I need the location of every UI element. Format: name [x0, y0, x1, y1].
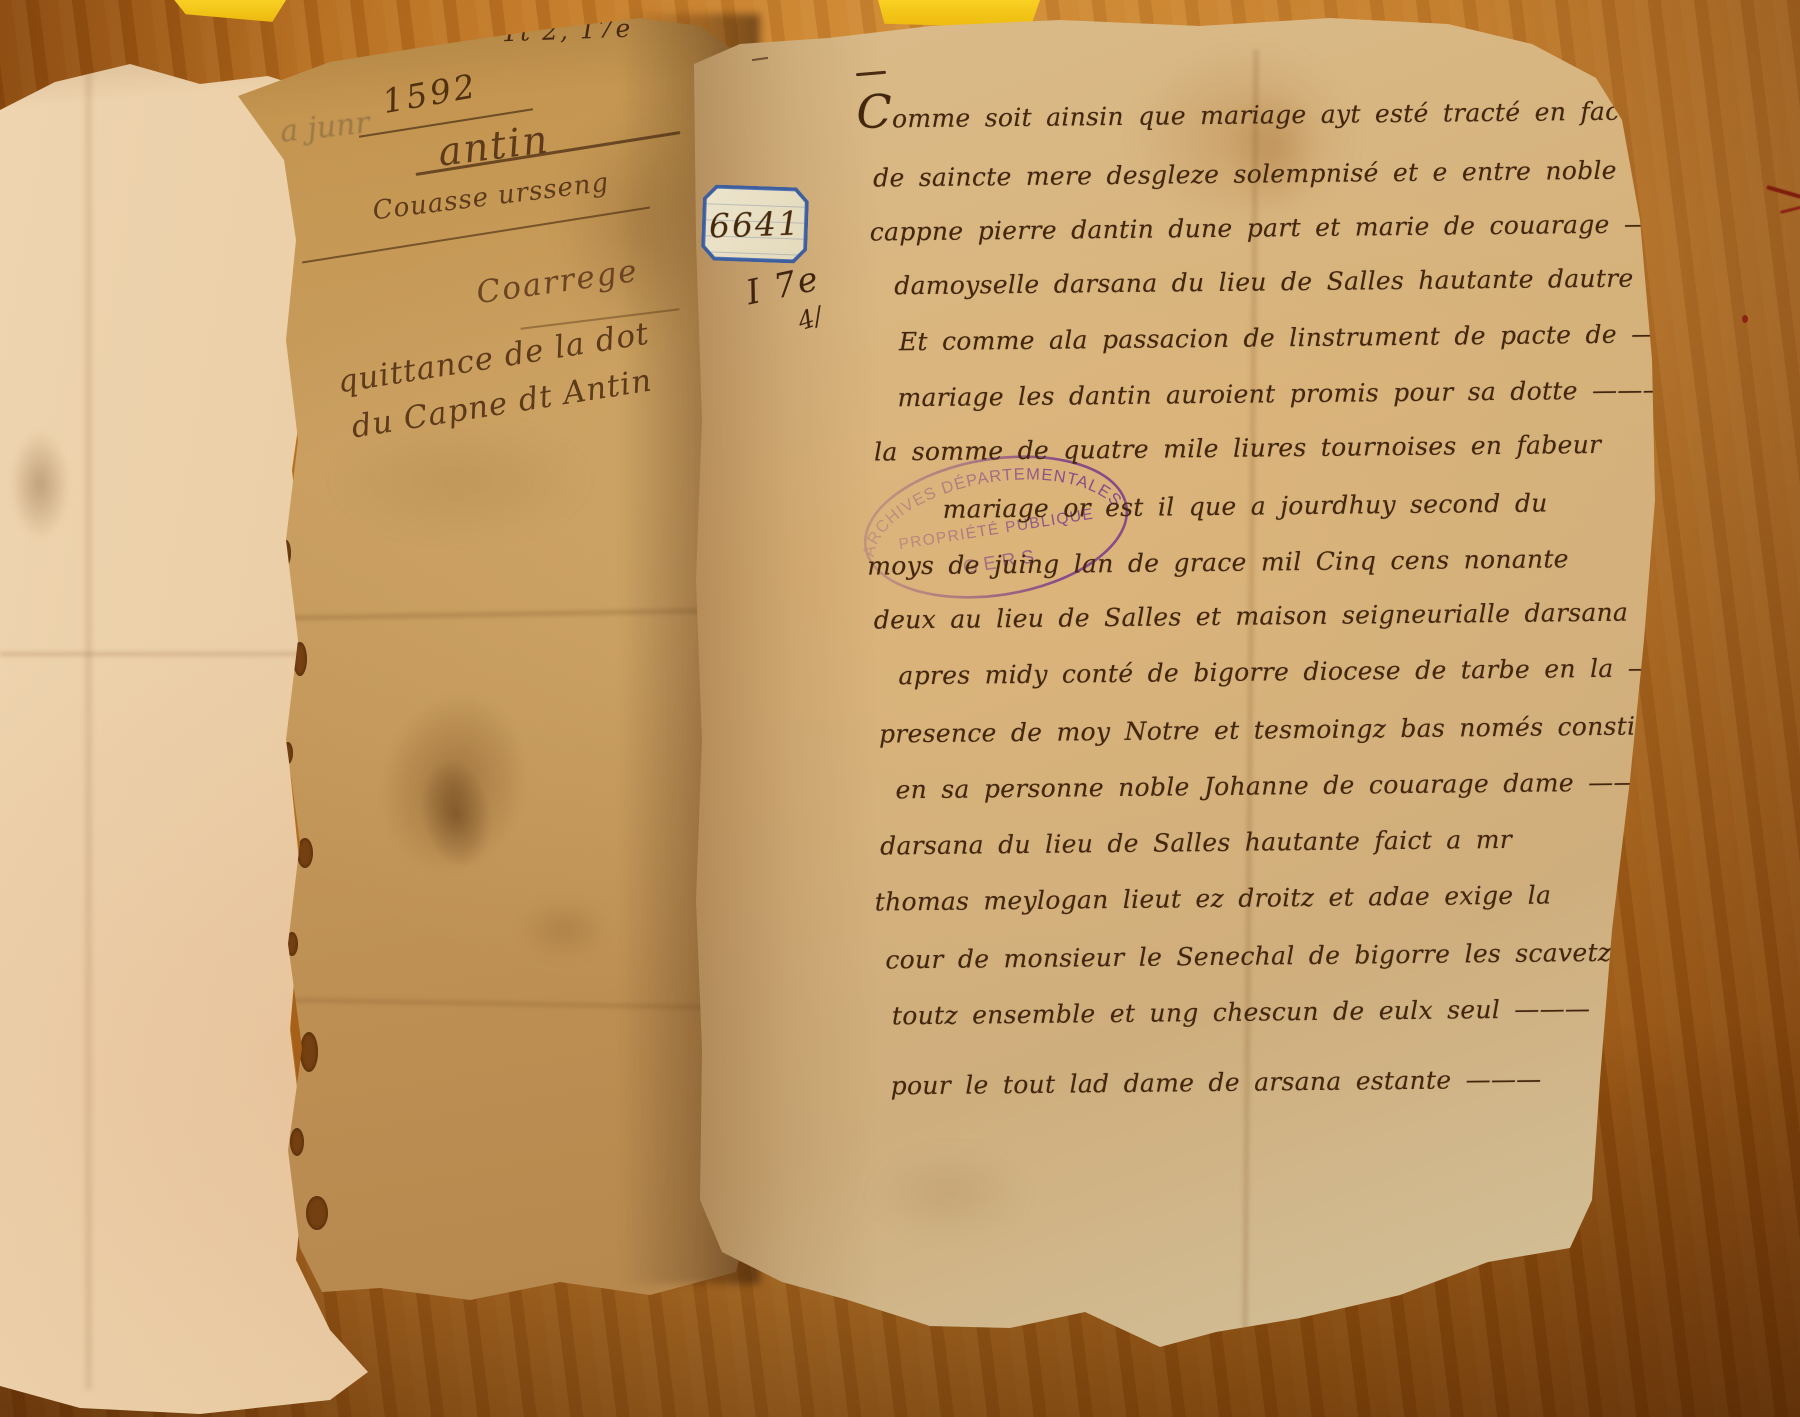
- annotation-year: 1592: [379, 66, 480, 121]
- manuscript-text-block: Comme soit ainsin que mariage ayt esté t…: [846, 92, 1577, 1179]
- annotation-faded: a junr: [278, 105, 371, 149]
- archival-cote-label: 6641: [701, 184, 810, 264]
- manuscript-line: mariage les dantin auroient promis pour …: [897, 375, 1668, 412]
- worm-hole: [306, 1196, 328, 1230]
- manuscript-line: presence de moy Notre et tesmoingz bas n…: [879, 711, 1691, 748]
- manuscript-line: en sa personne noble Johanne de couarage…: [895, 767, 1664, 804]
- manuscript-line: la somme de quatre mile liures tournoise…: [874, 430, 1602, 467]
- manuscript-line: Comme soit ainsin que mariage ayt esté t…: [856, 93, 1724, 134]
- manuscript-line: cappne pierre dantin dune part et marie …: [870, 209, 1700, 247]
- manuscript-line: de saincte mere desgleze solempnisé et e…: [873, 155, 1707, 193]
- cote-label-face: 6641: [704, 187, 806, 260]
- manuscript-line: cour de monsieur le Senechal de bigorre …: [885, 937, 1701, 975]
- worm-hole: [290, 1128, 304, 1156]
- manuscript-line: darsana du lieu de Salles hautante faict…: [880, 825, 1512, 861]
- stain: [10, 430, 70, 540]
- pen-dash: [752, 57, 768, 61]
- manuscript-line: Et comme ala passacion de linstrument de…: [899, 319, 1707, 356]
- red-ink-dot: [1742, 315, 1748, 323]
- worm-hole: [300, 1032, 318, 1072]
- manuscript-line: pour le tout lad dame de arsana estante …: [891, 1065, 1542, 1101]
- manuscript-line: toutz ensemble et ung chescun de eulx se…: [892, 994, 1591, 1030]
- shelf-mark-line2: 4/: [794, 301, 826, 336]
- manuscript-line: deux au lieu de Salles et maison seigneu…: [874, 598, 1629, 635]
- fold-crease: [86, 70, 91, 1390]
- pen-dash: [856, 71, 886, 77]
- manuscript-line: thomas meylogan lieut ez droitz et adae …: [875, 880, 1552, 916]
- stain: [518, 898, 610, 960]
- fold-crease: [0, 652, 300, 656]
- manuscript-photo: 1t 2, 17e 1592 a junr antin Couasse urss…: [0, 0, 1800, 1417]
- manuscript-line: apres midy conté de bigorre diocese de t…: [898, 653, 1704, 690]
- manuscript-line: moys de juing lan de grace mil Cinq cens…: [867, 544, 1569, 580]
- cote-number: 6641: [708, 203, 801, 245]
- manuscript-line: mariage or est il que a jourdhuy second …: [943, 488, 1548, 523]
